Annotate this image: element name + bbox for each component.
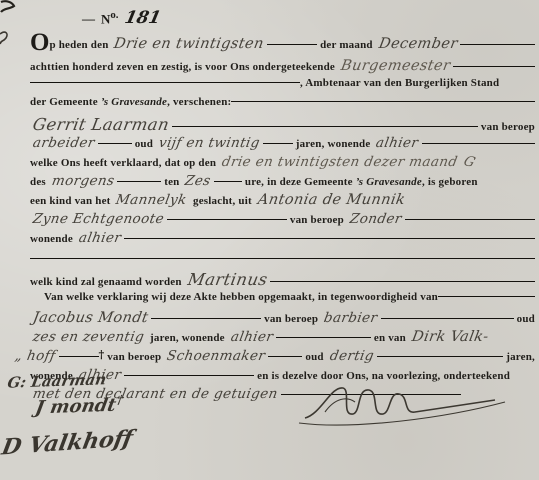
act-number-value: 181 (122, 8, 162, 28)
printed-text: en van (371, 332, 409, 344)
document-line: welke Ons heeft verklaard, dat op den dr… (30, 154, 535, 173)
printed-text: , is geboren (422, 176, 478, 188)
printed-text: jaren, wonende (293, 138, 374, 150)
printed-text: jaren, wonende (147, 332, 228, 344)
ruled-line (460, 44, 535, 45)
ruled-line (30, 82, 300, 83)
printed-text: van beroep (104, 351, 164, 363)
ruled-line (214, 181, 242, 182)
printed-initial: O (30, 36, 49, 50)
handwritten-spouse-note: Zyne Echtgenoote (29, 211, 169, 227)
cross-mark: † (99, 348, 105, 361)
ruled-line (438, 296, 535, 297)
document-line: Van welke verklaring wij deze Akte hebbe… (30, 291, 535, 310)
ruled-line (30, 258, 535, 259)
document-line: achttien honderd zeven en zestig, is voo… (30, 58, 535, 77)
ruled-line (124, 238, 535, 239)
handwritten-witness2-name: Dirk Valk- (407, 329, 492, 345)
printed-text: oud (132, 138, 156, 150)
handwritten-month: December (374, 36, 461, 52)
ruled-line (231, 101, 535, 102)
printed-municipality: ’s Gravesande (356, 176, 422, 188)
handwritten-residence: alhier (226, 329, 277, 345)
printed-text: der maand (317, 39, 376, 51)
document-line: der Gemeente ’s Gravesande, verschenen: (30, 96, 535, 115)
document-line (30, 249, 535, 270)
ruled-line (117, 181, 161, 182)
printed-text: , verschenen: (167, 96, 231, 108)
document-line: Zyne Echtgenoote van beroep Zonder (30, 211, 535, 230)
ruled-line (276, 337, 371, 338)
handwritten-residence: alhier (372, 135, 423, 151)
printed-text: Van welke verklaring wij deze Akte hebbe… (44, 291, 438, 303)
ruled-line (167, 219, 287, 220)
certificate-body: — No. 181 Op heden den Drie en twintigst… (0, 0, 539, 405)
handwritten-age: vijf en twintig (155, 135, 265, 151)
handwritten-declarant-name: Gerrit Laarman (28, 115, 173, 134)
ruled-line (172, 126, 478, 127)
handwritten-witness2-name-cont: „ hoff (11, 348, 60, 364)
ruled-line (263, 143, 293, 144)
ruled-line (270, 281, 535, 282)
ruled-line (268, 356, 302, 357)
printed-text: ure, in deze Gemeente (242, 176, 356, 188)
printed-text: van beroep (287, 214, 347, 226)
printed-text: wonende (30, 233, 76, 245)
handwritten-gender: Mannelyk (112, 192, 191, 208)
ruled-line (422, 143, 535, 144)
document-line: welk kind zal genaamd worden Martinus (30, 270, 535, 291)
printed-text: jaren, (503, 351, 535, 363)
document-line: Gerrit Laarman van beroep (30, 115, 535, 135)
ruled-line (59, 356, 99, 357)
printed-text: ten (161, 176, 182, 188)
ruled-line (151, 318, 261, 319)
handwritten-residence: alhier (75, 230, 126, 246)
document-line: des morgens ten Zes ure, in deze Gemeent… (30, 173, 535, 192)
handwritten-mother-occupation: Zonder (345, 211, 406, 227)
printed-text: achttien honderd zeven en zestig, is voo… (30, 61, 338, 73)
printed-text: welke Ons heeft verklaard, dat op den (30, 157, 219, 169)
handwritten-occupation: arbeider (29, 135, 100, 151)
burgemeester-signature (295, 378, 510, 430)
printed-text: oud (302, 351, 326, 363)
printed-text: van beroep (261, 313, 321, 325)
handwritten-witness2-age: dertig (325, 348, 378, 364)
ruled-line (124, 375, 254, 376)
printed-text: , Ambtenaar van den Burgerlijken Stand (300, 77, 499, 89)
handwritten-child-name: Martinus (183, 270, 272, 289)
document-line: een kind van het Mannelyk geslacht, uit … (30, 192, 535, 211)
signature-witness2: D Valkhoff (0, 426, 135, 461)
handwritten-day: Drie en twintigsten (110, 36, 268, 52)
handwritten-official-title: Burgemeester (337, 58, 455, 74)
handwritten-witness1-occupation: barbier (320, 310, 382, 326)
printed-text: welk kind zal genaamd worden (30, 276, 185, 288)
document-line: wonende alhier (30, 230, 535, 249)
document-line: Jacobus Mondt van beroep barbier oud (30, 310, 535, 329)
act-number-label: No. (101, 9, 119, 27)
printed-text: des (30, 176, 49, 188)
printed-text: van beroep (478, 121, 535, 133)
ruled-line (453, 66, 535, 67)
printed-text: geslacht, uit (190, 195, 255, 207)
printed-text: p heden den (49, 39, 111, 51)
printed-text: een kind van het (30, 195, 113, 207)
handwritten-birthdate: drie en twintigsten dezer maand (218, 154, 462, 170)
printed-text: oud (514, 313, 535, 325)
handwritten-mother-name: Antonia de Munnik (253, 192, 409, 208)
document-line: , Ambtenaar van den Burgerlijken Stand (30, 77, 535, 96)
printed-municipality: ’s Gravesande (101, 96, 167, 108)
ruled-line (98, 143, 132, 144)
handwritten-witness1-name: Jacobus Mondt (29, 310, 153, 326)
printed-text: der Gemeente (30, 96, 101, 108)
ruled-line (381, 318, 514, 319)
document-line: zes en zeventig jaren, wonende alhier en… (30, 329, 535, 348)
birth-certificate-scan: — No. 181 Op heden den Drie en twintigst… (0, 0, 539, 480)
handwritten-hour: Zes (181, 173, 215, 189)
ruled-line (405, 219, 535, 220)
handwritten-witness2-occupation: Schoenmaker (163, 348, 270, 364)
document-line: arbeider oud vijf en twintig jaren, wone… (30, 135, 535, 154)
ruled-line (267, 44, 317, 45)
document-line: Op heden den Drie en twintigsten der maa… (30, 34, 535, 58)
handwritten-witness1-age: zes en zeventig (29, 329, 149, 345)
document-line: „ hoff † van beroep Schoenmaker oud dert… (30, 348, 535, 367)
signature-declarant: G: Laarman (6, 370, 108, 391)
ruled-line (377, 356, 504, 357)
handwritten-daypart: morgens (47, 173, 118, 189)
dash-mark: — (82, 11, 95, 27)
act-number-line: — No. 181 (82, 8, 535, 30)
signature-witness1: J mondt† (34, 393, 125, 419)
